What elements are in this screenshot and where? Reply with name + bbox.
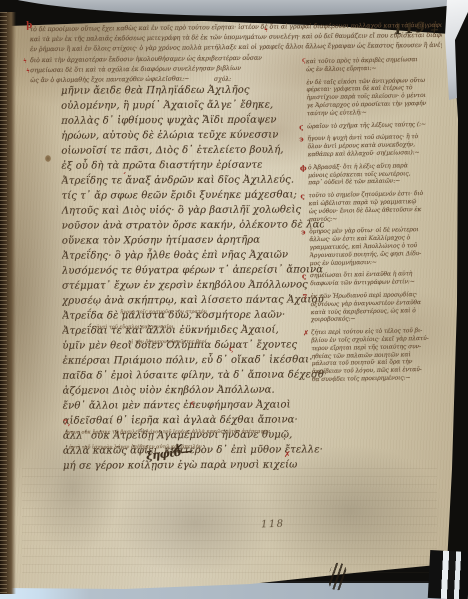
text-line: παῖδα δ᾽ ἐμοὶ λύσαιτε φίλην, τὰ δ᾽ ἄποιν… — [62, 367, 324, 383]
text-line: Ἀτρεΐδης· ὃ γὰρ ἦλθε θοὰς ἐπὶ νῆας Ἀχαιῶ… — [62, 247, 324, 263]
rubric-mark-icon: ✗ — [284, 449, 291, 459]
rubric-mark-icon: ΄ — [122, 173, 127, 183]
text-line: οἰωνοῖσί τε πᾶσι, Διὸς δ᾽ ἐτελείετο βουλ… — [61, 142, 323, 158]
text-line: λυσόμενός τε θύγατρα φέρων τ᾽ ἀπερείσι᾽ … — [62, 262, 324, 278]
rubric-marker-icon: ϕ — [300, 163, 307, 172]
scholion-block: ✗ ζήτει περὶ τούτου εἰς τὸ τέλος τοῦ βι-… — [311, 327, 436, 384]
margin-scholia-column: καὶ τοῦτο πρὸς τὸ ἀκριβὲς σημείωσαι ὡς ἐ… — [306, 56, 436, 389]
scholion-block: 7 ἐκ τῶν Ἡρωδιανοῦ περὶ προσῳδίας· ὀξυτό… — [310, 291, 435, 325]
text-line: οἱ τὸν ὄλυμπον οἰκοῦντες θεοίὑμῖν μὲν θε… — [62, 337, 324, 353]
scholion-block: ϕ ὁ Ἀβρασάξ· ὅτι ἡ λέξις αὕτη παρὰ μόνοι… — [308, 162, 432, 188]
rubric-mark-icon: ϛ — [302, 57, 306, 64]
rubric-mark-icon: 7, — [63, 418, 70, 427]
interlinear-gloss: ἀντὶ τοῦ εὔοπλοι καὶ γενναῖοι — [96, 320, 173, 335]
text-line: ἁζόμενοι Διὸς υἱὸν ἑκηβόλον Ἀπόλλωνα. — [63, 382, 325, 398]
scholion-block: ἐν δὲ ταῖς εἰκόσι τῶν ἀντιγράφων οὕτω φέ… — [306, 76, 431, 117]
gutter-shadow — [0, 12, 16, 594]
scholion-block: ς σημείωσαι ὅτι καὶ ἐνταῦθα ἡ αὐτὴ διαφω… — [310, 270, 434, 288]
scholion-block: ϶ ὅμηρος μὲν γὰρ οὕτω· οἱ δὲ νεώτεροι ἄλ… — [309, 226, 434, 267]
interlinear-gloss: ἤγουν οὐκ ἤρεσκε τῷ βασιλεῖ ὁ λόγος τοῦ … — [65, 424, 270, 440]
faint-page-number: 118 — [261, 519, 285, 531]
scholion-block: ς τοῦτο τὸ σημεῖον ζητούμενόν ἐστι· διὸ … — [308, 190, 433, 224]
text-line: ἐκπέρσαι Πριάμοιο πόλιν, εὖ δ᾽ οἴκαδ᾽ ἱκ… — [62, 352, 324, 368]
interlinear-gloss: οἱ τὸν ὄλυμπον οἰκοῦντες θεοί — [128, 334, 206, 349]
scholion-block: καὶ τοῦτο πρὸς τὸ ἀκριβὲς σημείωσαι ὡς ἐ… — [306, 56, 430, 74]
text-line: ἡρώων, αὐτοὺς δὲ ἑλώρια τεῦχε κύνεσσιν — [61, 127, 323, 143]
text-line: τίς τ᾽ ἄρ σφωε θεῶν ἔριδι ξυνέηκε μάχεσθ… — [62, 187, 324, 203]
text-line: ἐξ οὗ δὴ τὰ πρῶτα διαστήτην ἐρίσαντε — [61, 157, 323, 173]
scholion-block: ϛ ὡραῖον τὸ σχῆμα τῆς λέξεως ταύτης (:~ — [307, 120, 431, 130]
rubric-mark-icon: ϛ — [191, 400, 195, 407]
text-line: Λητοῦς καὶ Διὸς υἱός· ὃ γὰρ βασιλῆϊ χολω… — [62, 202, 324, 218]
interlinear-gloss: ἤγουν τοῖς κοσμοῦσι τὸν στρατόν — [120, 304, 207, 319]
manuscript-photo: 119 ‡ τὸ δὲ προοίμιον οὕτως ἔχει καθὼς κ… — [0, 0, 468, 599]
text-line: μή σε γέρον κοίλῃσιν ἐγὼ παρὰ νηυσὶ κιχε… — [63, 457, 325, 473]
main-text-block: μῆνιν ἄειδε θεὰ Πηληϊάδεω Ἀχιλῆος οὐλομέ… — [61, 82, 325, 473]
text-line: μῆνιν ἄειδε θεὰ Πηληϊάδεω Ἀχιλῆος — [61, 82, 323, 98]
rubric-marker-icon: ϛ — [299, 122, 303, 131]
text-line: στέμματ᾽ ἔχων ἐν χερσὶν ἑκηβόλου Ἀπόλλων… — [62, 277, 324, 293]
rubric-marker-icon: ✗ — [303, 328, 309, 337]
rubric-mark-icon: ϟ — [264, 27, 268, 34]
text-line: οὐλομένην, ἣ μυρί᾽ Ἀχαιοῖς ἄλγε᾽ ἔθηκε, — [61, 97, 323, 113]
text-line: πολλὰς δ᾽ ἰφθίμους ψυχὰς Ἄϊδι προΐαψεν — [61, 112, 323, 128]
text-line: Ἀτρεΐδης τε ἄναξ ἀνδρῶν καὶ δῖος Ἀχιλλεύ… — [61, 172, 323, 188]
rubric-mark-icon: ϟ — [26, 68, 30, 75]
rubric-marker-icon: 7 — [302, 292, 307, 301]
text-line: νοῦσον ἀνὰ στρατὸν ὄρσε κακήν, ὀλέκοντο … — [62, 217, 324, 233]
rubric-marker-icon: ϶ — [301, 228, 305, 237]
rubric-mark-icon: ϛ — [229, 344, 233, 353]
rubric-marker-icon: ϶ — [299, 135, 303, 144]
parchment-spot — [45, 155, 51, 162]
rubric-marker-icon: ς — [302, 272, 306, 281]
text-line: οὕνεκα τὸν Χρύσην ἠτίμασεν ἀρητῆρα — [62, 232, 324, 248]
rubric-mark-icon: ϟ — [23, 58, 27, 65]
book-clamp — [428, 550, 468, 599]
ruling-lines — [22, 468, 437, 576]
rubric-marker-icon: ς — [300, 191, 304, 200]
book-top-edge — [0, 0, 468, 16]
rubric-mark-icon: ϸ — [26, 21, 32, 31]
scholion-block: ϶ ἤγουν ἡ ψυχὴ ἀντὶ τοῦ σώματος· ἢ τὸ ὅλ… — [307, 133, 431, 159]
